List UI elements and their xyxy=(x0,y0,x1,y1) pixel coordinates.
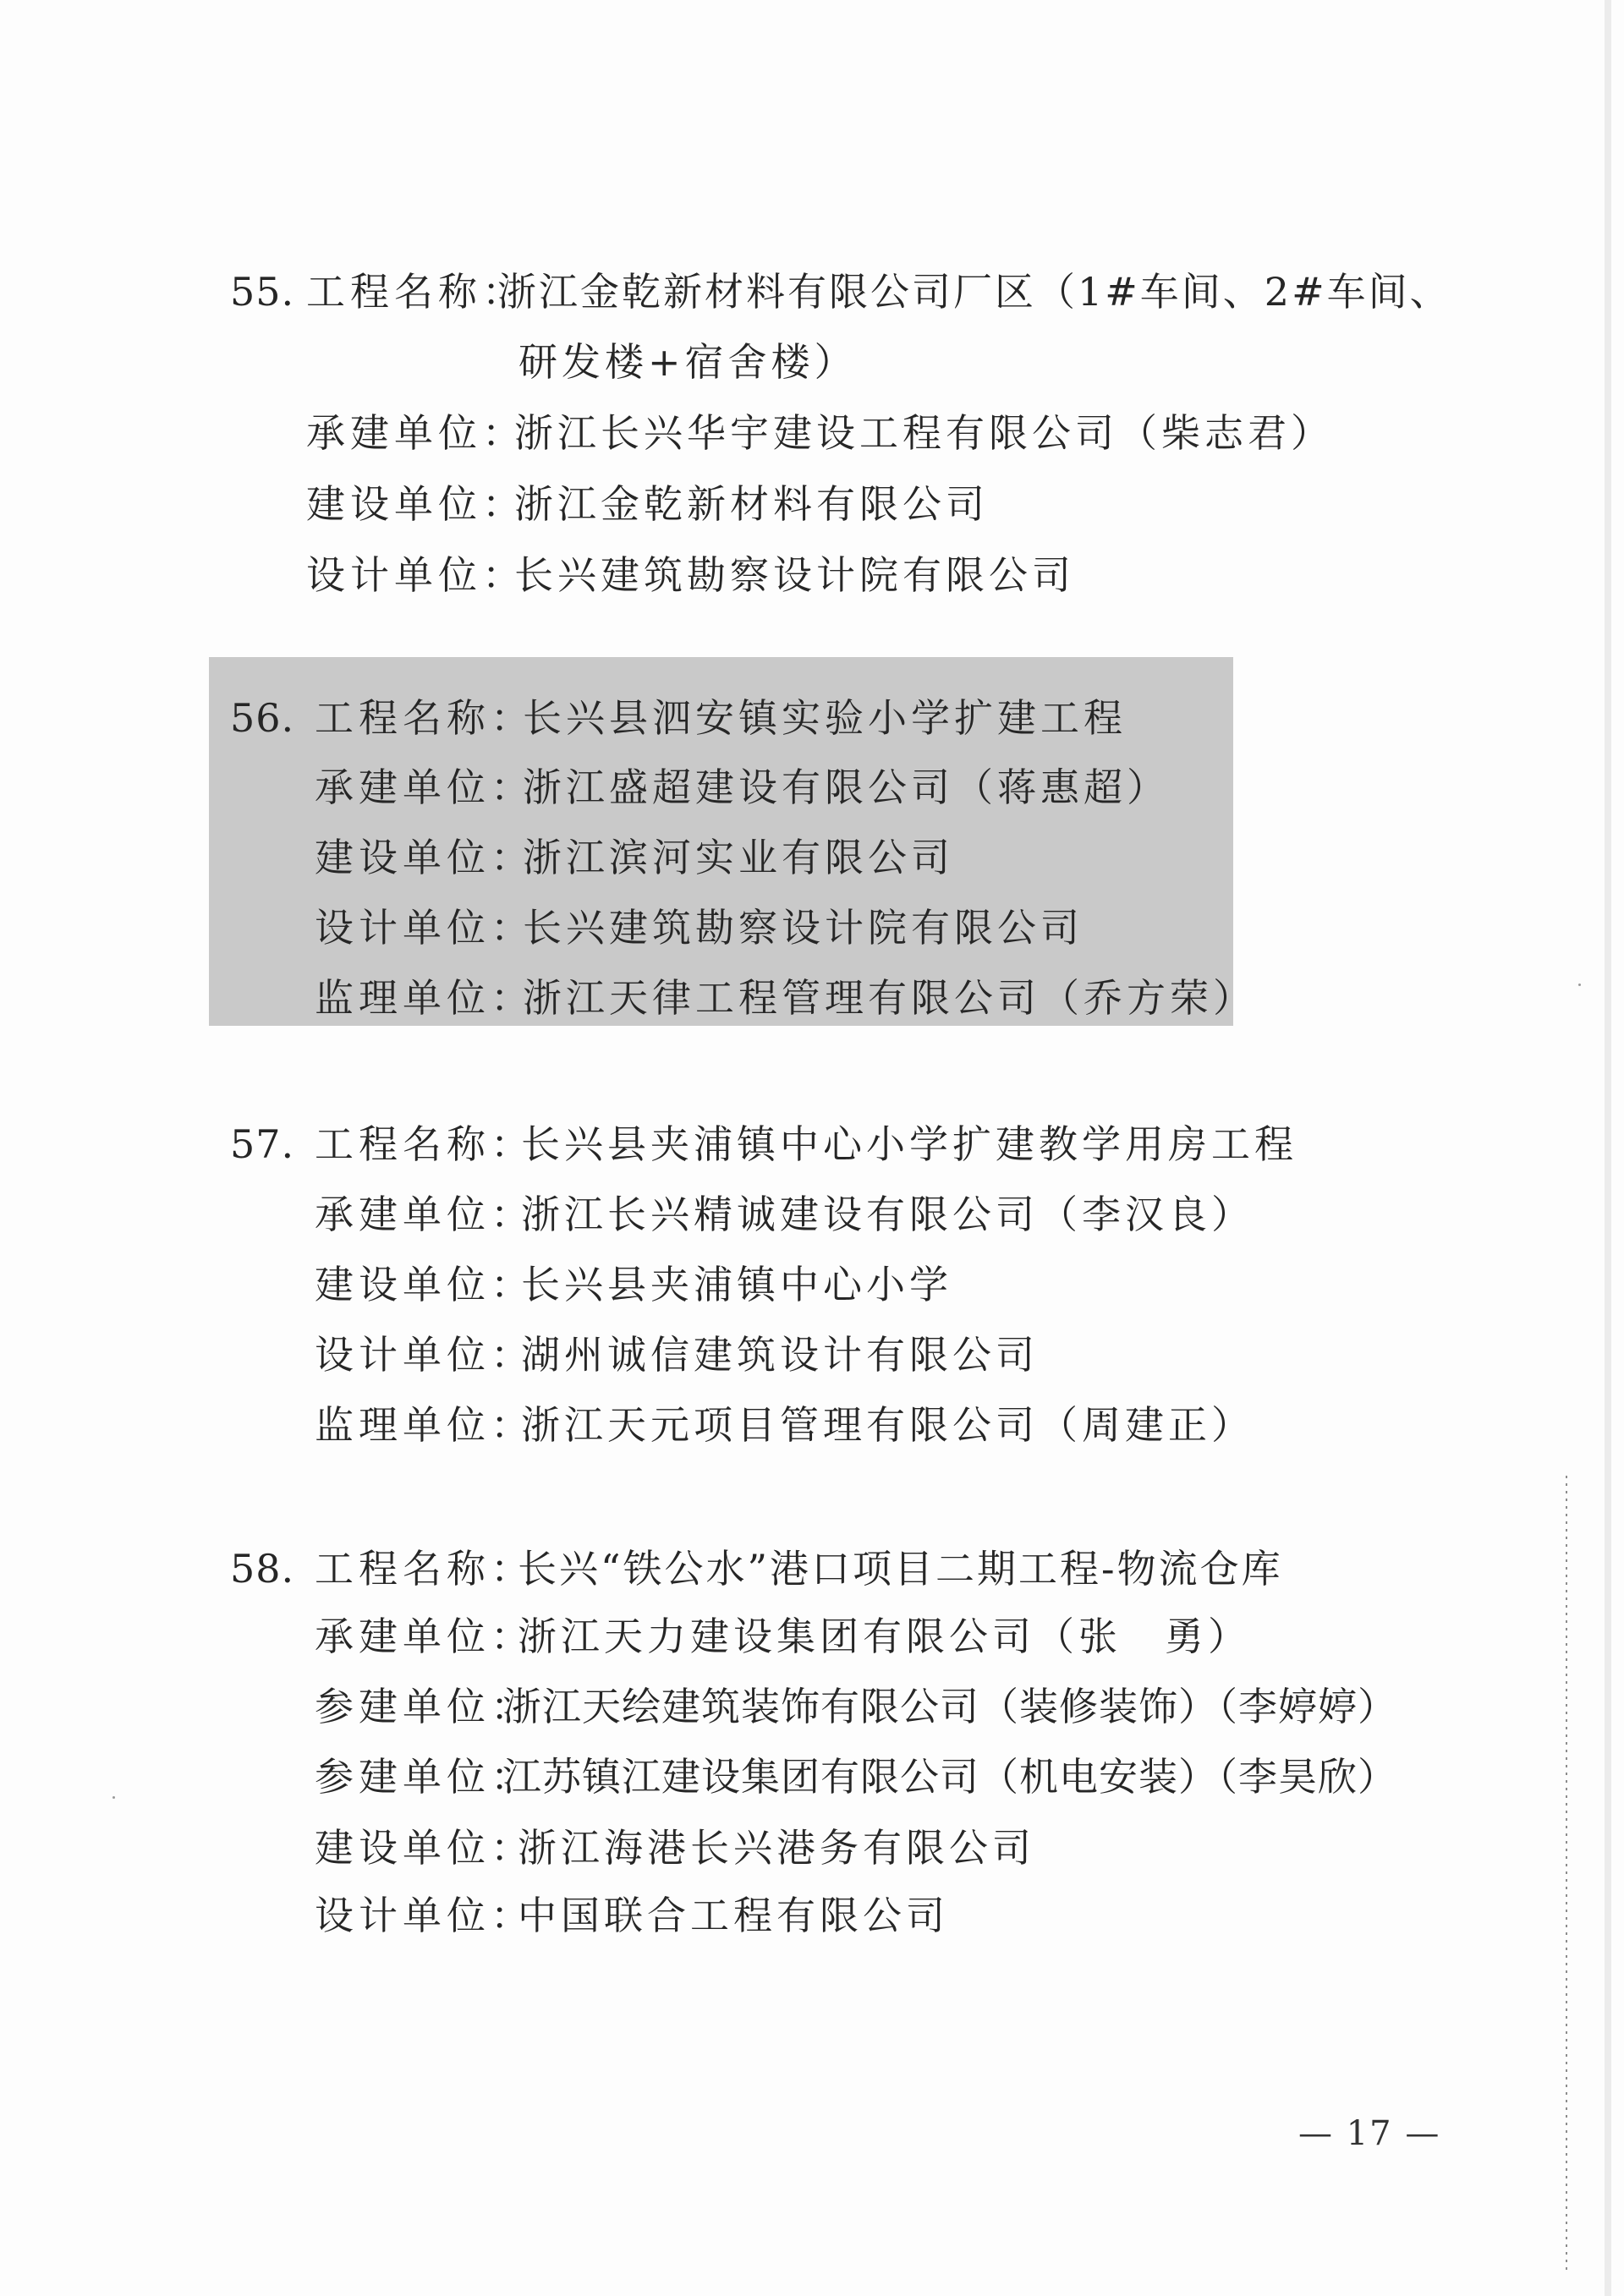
field-label: 参建单位： xyxy=(315,1685,529,1728)
field-label: 承建单位： xyxy=(315,1193,529,1236)
scan-edge-line xyxy=(1566,1476,1567,2275)
field-label: 工程名称： xyxy=(315,1123,529,1165)
field-label: 工程名称： xyxy=(315,1548,529,1590)
field-value: 研发楼+宿舍楼） xyxy=(518,341,858,383)
field-label: 建设单位： xyxy=(306,483,521,525)
field-value: 浙江天律工程管理有限公司（乔方荣） xyxy=(523,977,1256,1019)
field-label: 设计单位： xyxy=(315,907,529,949)
field-value: 浙江天绘建筑装饰有限公司（装修装饰）（李婷婷） xyxy=(502,1685,1397,1728)
field-value: 浙江金乾新材料有限公司 xyxy=(514,483,989,525)
document-page: 55. 工程名称： 浙江金乾新材料有限公司厂区（1#车间、2#车间、 研发楼+宿… xyxy=(0,0,1624,2296)
scan-speck xyxy=(112,1796,115,1799)
field-value: 浙江长兴精诚建设有限公司（李汉良） xyxy=(521,1193,1254,1236)
field-label: 设计单位： xyxy=(306,554,521,596)
field-value: 浙江金乾新材料有限公司厂区（1#车间、2#车间、 xyxy=(497,271,1451,313)
field-label: 承建单位： xyxy=(315,766,529,808)
entry-number: 56. xyxy=(230,697,294,739)
entry-number: 57. xyxy=(230,1123,294,1165)
field-label: 参建单位： xyxy=(315,1756,529,1798)
field-label: 建设单位： xyxy=(315,1827,529,1869)
field-value: 湖州诚信建筑设计有限公司 xyxy=(521,1334,1039,1376)
field-label: 设计单位： xyxy=(315,1334,529,1376)
field-value: 长兴县夹浦镇中心小学 xyxy=(521,1263,952,1306)
field-value: 浙江天元项目管理有限公司（周建正） xyxy=(521,1404,1254,1446)
field-label: 承建单位： xyxy=(306,412,521,454)
field-value: 江苏镇江建设集团有限公司（机电安装）（李昊欣） xyxy=(502,1756,1397,1798)
entry-number: 58. xyxy=(230,1548,294,1590)
field-value: 长兴“铁公水”港口项目二期工程-物流仓库 xyxy=(518,1548,1283,1590)
field-label: 监理单位： xyxy=(315,1404,529,1446)
field-value: 长兴建筑勘察设计院有限公司 xyxy=(514,554,1075,596)
field-label: 承建单位： xyxy=(315,1615,529,1658)
field-value: 浙江天力建设集团有限公司（张 勇） xyxy=(518,1615,1251,1658)
field-value: 长兴建筑勘察设计院有限公司 xyxy=(523,907,1084,949)
field-label: 建设单位： xyxy=(315,1263,529,1306)
scan-speck xyxy=(1578,984,1581,986)
field-value: 长兴县泗安镇实验小学扩建工程 xyxy=(523,697,1127,739)
field-label: 工程名称： xyxy=(315,697,529,739)
scan-edge-strip xyxy=(1605,0,1611,2296)
entry-number: 55. xyxy=(230,271,294,313)
field-label: 设计单位： xyxy=(315,1894,529,1937)
field-label: 工程名称： xyxy=(306,271,521,313)
field-label: 监理单位： xyxy=(315,977,529,1019)
field-label: 建设单位： xyxy=(315,836,529,879)
field-value: 浙江滨河实业有限公司 xyxy=(523,836,954,879)
field-value: 长兴县夹浦镇中心小学扩建教学用房工程 xyxy=(521,1123,1298,1165)
field-value: 浙江盛超建设有限公司（蒋惠超） xyxy=(523,766,1170,808)
field-value: 中国联合工程有限公司 xyxy=(518,1894,949,1937)
page-number: — 17 — xyxy=(1298,2114,1440,2153)
field-value: 浙江海港长兴港务有限公司 xyxy=(518,1827,1035,1869)
field-value: 浙江长兴华宇建设工程有限公司（柴志君） xyxy=(514,412,1334,454)
